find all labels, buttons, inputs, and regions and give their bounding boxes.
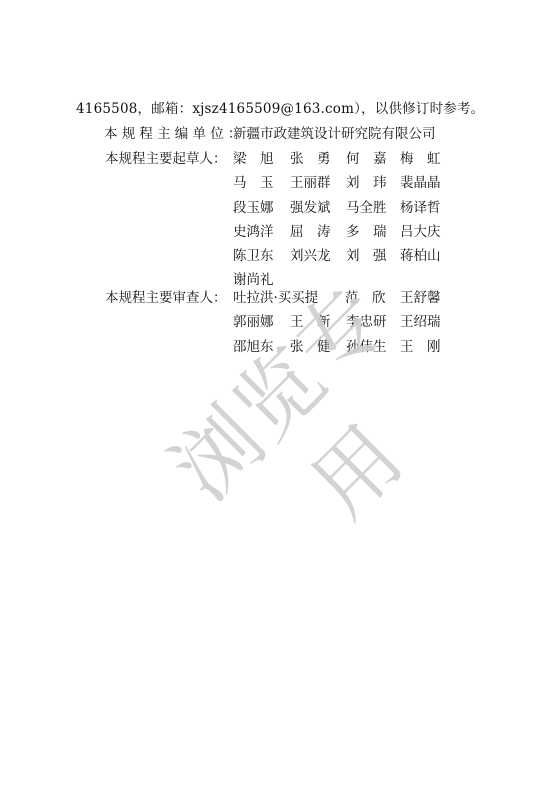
reviewer-name: 王舒馨 <box>400 288 445 312</box>
drafter-name: 蒋柏山 <box>400 246 445 270</box>
drafter-name: 张勇 <box>290 149 346 173</box>
reviewers-label: 本规程主要审查人： <box>105 288 227 308</box>
drafter-name: 马玉 <box>233 173 290 197</box>
chief-editor-value: 新疆市政建筑设计研究院有限公司 <box>233 124 436 144</box>
drafter-name: 多瑞 <box>346 222 400 246</box>
drafter-name: 刘玮 <box>346 173 400 197</box>
drafter-name: 梁旭 <box>233 149 290 173</box>
drafter-name: 梅虹 <box>400 149 445 173</box>
reviewers-list: 吐拉洪·买买提 范欣 王舒馨 郭丽娜 王新 李忠研 王绍瑞 邵旭东 张健 孙伟生… <box>233 288 445 361</box>
drafter-name: 段玉娜 <box>233 198 290 222</box>
reviewer-name: 张健 <box>290 337 346 361</box>
drafter-name: 裴晶晶 <box>400 173 445 197</box>
drafter-name: 刘强 <box>346 246 400 270</box>
drafter-name: 陈卫东 <box>233 246 290 270</box>
drafter-name: 何嘉 <box>346 149 400 173</box>
reviewer-name: 范欣 <box>345 288 400 312</box>
document-page: 4165508，邮箱：xjsz4165509@163.com），以供修订时参考。… <box>0 0 551 790</box>
drafter-name: 王丽群 <box>290 173 346 197</box>
drafter-name: 马全胜 <box>346 198 400 222</box>
drafter-name: 史鸿洋 <box>233 222 290 246</box>
drafters-label: 本规程主要起草人： <box>105 149 227 169</box>
drafter-name: 刘兴龙 <box>290 246 346 270</box>
reviewer-name: 邵旭东 <box>233 337 290 361</box>
reviewer-name: 王新 <box>290 312 346 336</box>
chief-editor-label: 本规程主编单位： <box>104 124 246 144</box>
reviewer-name: 郭丽娜 <box>233 312 290 336</box>
reviewer-name: 李忠研 <box>346 312 400 336</box>
drafters-list: 梁旭 张勇 何嘉 梅虹 马玉 王丽群 刘玮 裴晶晶 段玉娜 强发斌 马全胜 杨译… <box>233 149 445 295</box>
drafter-name: 杨译哲 <box>400 198 445 222</box>
drafter-name: 屈涛 <box>290 222 346 246</box>
drafter-name: 吕大庆 <box>400 222 445 246</box>
reviewer-name: 吐拉洪·买买提 <box>233 288 346 312</box>
drafter-name: 强发斌 <box>290 198 346 222</box>
reviewer-name: 王绍瑞 <box>400 312 445 336</box>
reviewer-name: 孙伟生 <box>346 337 400 361</box>
intro-contact-line: 4165508，邮箱：xjsz4165509@163.com），以供修订时参考。 <box>76 99 466 119</box>
reviewer-name: 王刚 <box>400 337 445 361</box>
